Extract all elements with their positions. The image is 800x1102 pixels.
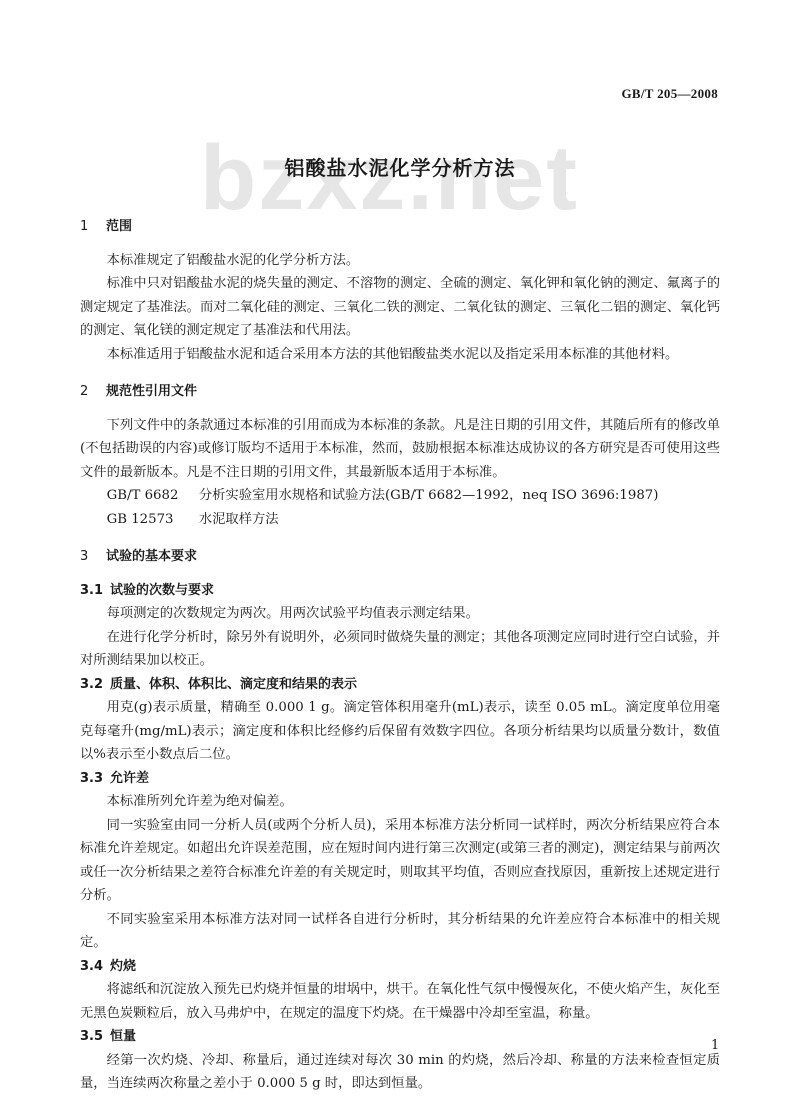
subsection-heading-3-4: 3.4灼烧 — [80, 955, 720, 979]
subsection-number: 3.1 — [80, 579, 110, 603]
document-body: 1范围 本标准规定了铝酸盐水泥的化学分析方法。 标准中只对铝酸盐水泥的烧失量的测… — [80, 215, 720, 1096]
subsection-heading-3-5: 3.5恒量 — [80, 1025, 720, 1049]
subsection-title: 质量、体积、体积比、滴定度和结果的表示 — [110, 677, 357, 692]
section-heading-3: 3试验的基本要求 — [80, 545, 720, 569]
paragraph: 经第一次灼烧、冷却、称量后，通过连续对每次 30 min 的灼烧，然后冷却、称量… — [80, 1049, 720, 1096]
section-title: 规范性引用文件 — [106, 384, 197, 399]
paragraph: 标准中只对铝酸盐水泥的烧失量的测定、不溶物的测定、全硫的测定、氧化钾和氧化钠的测… — [80, 272, 720, 343]
subsection-title: 允许差 — [110, 771, 149, 786]
subsection-title: 试验的次数与要求 — [110, 583, 214, 598]
section-heading-1: 1范围 — [80, 215, 720, 239]
reference-code: GB 12573 — [107, 508, 195, 532]
subsection-heading-3-1: 3.1试验的次数与要求 — [80, 579, 720, 603]
section-title: 范围 — [106, 219, 132, 234]
section-number: 1 — [80, 215, 106, 239]
subsection-number: 3.2 — [80, 673, 110, 697]
reference-item: GB/T 6682 分析实验室用水规格和试验方法(GB/T 6682—1992，… — [80, 484, 720, 508]
section-heading-2: 2规范性引用文件 — [80, 380, 720, 404]
paragraph: 下列文件中的条款通过本标准的引用而成为本标准的条款。凡是注日期的引用文件，其随后… — [80, 414, 720, 485]
standard-code: GB/T 205—2008 — [622, 86, 718, 102]
paragraph: 不同实验室采用本标准方法对同一试样各自进行分析时，其分析结果的允许差应符合本标准… — [80, 908, 720, 955]
section-number: 3 — [80, 545, 106, 569]
reference-code: GB/T 6682 — [107, 484, 195, 508]
paragraph: 本标准规定了铝酸盐水泥的化学分析方法。 — [80, 249, 720, 273]
subsection-title: 灼烧 — [110, 959, 136, 974]
paragraph: 将滤纸和沉淀放入预先已灼烧并恒量的坩埚中，烘干。在氧化性气氛中慢慢灰化，不使火焰… — [80, 978, 720, 1025]
reference-item: GB 12573 水泥取样方法 — [80, 508, 720, 532]
subsection-heading-3-2: 3.2质量、体积、体积比、滴定度和结果的表示 — [80, 673, 720, 697]
subsection-number: 3.3 — [80, 767, 110, 791]
paragraph: 本标准适用于铝酸盐水泥和适合采用本方法的其他铝酸盐类水泥以及指定采用本标准的其他… — [80, 343, 720, 367]
paragraph: 同一实验室由同一分析人员(或两个分析人员)，采用本标准方法分析同一试样时，两次分… — [80, 814, 720, 908]
paragraph: 在进行化学分析时，除另外有说明外，必须同时做烧失量的测定；其他各项测定应同时进行… — [80, 626, 720, 673]
section-title: 试验的基本要求 — [106, 549, 197, 564]
document-title: 铝酸盐水泥化学分析方法 — [0, 152, 800, 181]
document-page: GB/T 205—2008 bzxz.net 铝酸盐水泥化学分析方法 1范围 本… — [0, 0, 800, 1102]
reference-title: 水泥取样方法 — [199, 512, 279, 527]
subsection-number: 3.4 — [80, 955, 110, 979]
paragraph: 每项测定的次数规定为两次。用两次试验平均值表示测定结果。 — [80, 602, 720, 626]
section-number: 2 — [80, 380, 106, 404]
subsection-title: 恒量 — [110, 1029, 136, 1044]
reference-title: 分析实验室用水规格和试验方法(GB/T 6682—1992，neq ISO 36… — [199, 488, 659, 503]
paragraph: 本标准所列允许差为绝对偏差。 — [80, 790, 720, 814]
subsection-heading-3-3: 3.3允许差 — [80, 767, 720, 791]
subsection-number: 3.5 — [80, 1025, 110, 1049]
paragraph: 用克(g)表示质量，精确至 0.000 1 g。滴定管体积用毫升(mL)表示，读… — [80, 696, 720, 767]
